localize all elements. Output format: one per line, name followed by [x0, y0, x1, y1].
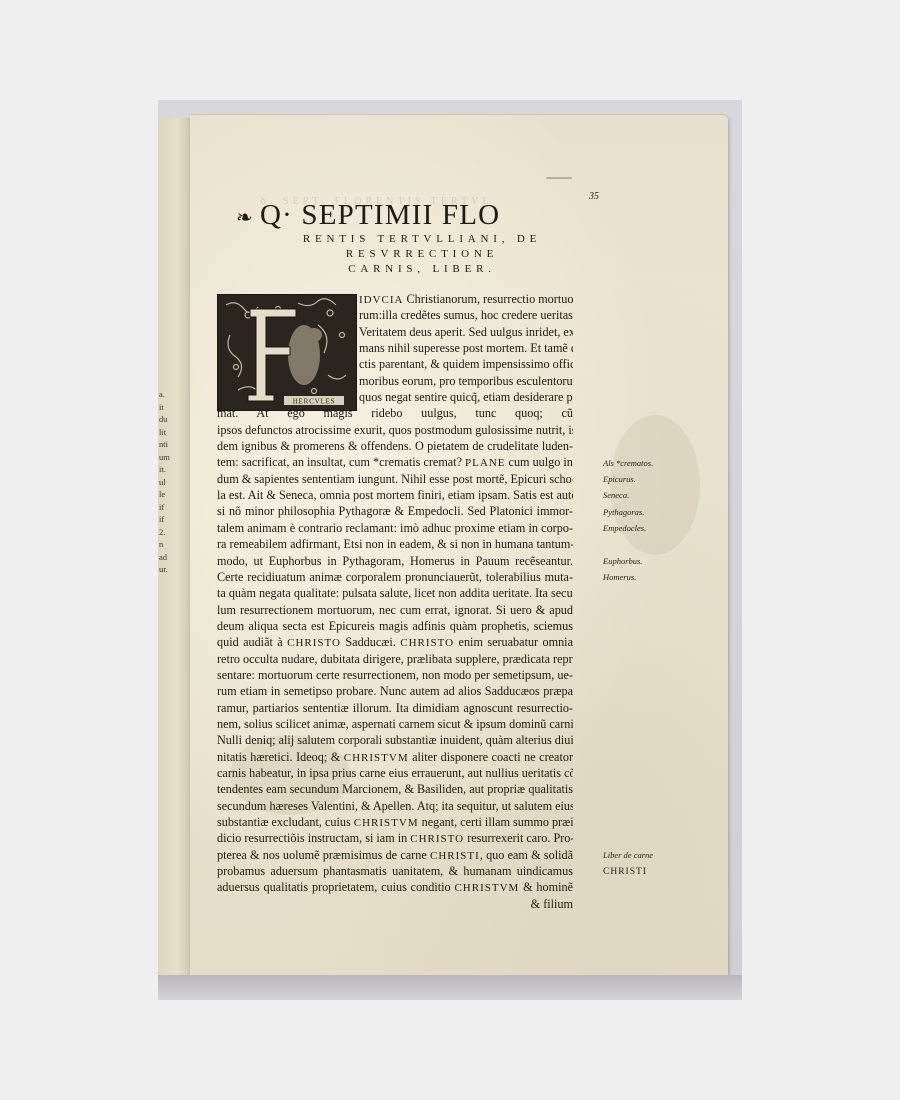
text-run: ctis parentant, & quidem impensissimo of…	[359, 357, 573, 371]
text-line: ipsos defunctos atrocissime exurit, quos…	[217, 422, 573, 438]
text-run: & filium	[531, 897, 573, 911]
text-run: sentare: mortuorum certe resurrectionem,…	[217, 668, 573, 682]
text-run: Certe recidiuatum animæ corporalem pronu…	[217, 570, 573, 584]
text-run: Veritatem deus aperit. Sed uulgus inride…	[359, 325, 573, 339]
text-run: pterea & nos uolumẽ præmisimus de carne	[217, 848, 430, 862]
text-line: Certe recidiuatum animæ corporalem pronu…	[217, 569, 573, 585]
paper-stain	[610, 415, 700, 555]
text-line: talem animam è contrario reclamant: imò …	[217, 520, 573, 536]
text-line: retro occulta nudare, dubitata dirigere,…	[217, 651, 573, 667]
text-line: quid audiãt à CHRISTO Sadducæi. CHRISTO …	[217, 634, 573, 650]
text-line: substantiæ excludant, cuius CHRISTVM neg…	[217, 814, 573, 830]
text-run: resurrexerit caro. Pro-	[464, 831, 573, 845]
small-caps-word: CHRISTO	[410, 833, 464, 845]
chapter-title: ❧Q· SEPTIMII FLO RENTIS TERTVLLIANI, DE …	[236, 199, 596, 277]
text-line: probamus aduersum phantasmatis uanitatem…	[217, 863, 573, 879]
text-run: lum resurrectionem mortuorum, nec cum er…	[217, 603, 573, 617]
text-line: tendentes eam secundum Marcionem, & Basi…	[217, 781, 573, 797]
title-line-1: ❧Q· SEPTIMII FLO	[236, 199, 596, 232]
verso-edge-text: a. it du lit nti um it. ul le if if 2. n…	[159, 388, 173, 576]
margin-note-text: Seneca.	[603, 490, 629, 500]
margin-note: Pythagoras.	[603, 507, 644, 518]
title-line-3: RESVRRECTIONE	[242, 247, 602, 262]
margin-note: Als *crematos.	[603, 458, 653, 469]
margin-note: Liber de carne	[603, 850, 653, 861]
text-run: rum etiam in semetipso probare. Nunc aut…	[217, 684, 573, 698]
text-run: tem: sacrificat, an insultat, cum *crema…	[217, 455, 465, 469]
text-line: nem, solius scilicet animæ, aspernati ca…	[217, 716, 573, 732]
margin-note: CHRISTI	[603, 866, 647, 878]
text-run: nem, solius scilicet animæ, aspernati ca…	[217, 717, 573, 731]
ink-mark	[546, 177, 572, 179]
margin-note: Homerus.	[603, 572, 636, 583]
woodcut-initial: HERCVLES	[217, 294, 357, 411]
text-run: quos negat sentire quicq̃, etiam desider…	[359, 390, 573, 404]
text-line: dicio resurrectiõis instructam, si iam i…	[217, 830, 573, 846]
text-line: aduersus qualitatis proprietatem, cuius …	[217, 879, 573, 895]
text-run: dem ignibus & promerens & offendens. O p…	[217, 439, 573, 453]
text-line: ramur, partiarios sententiæ illorum. Ita…	[217, 700, 573, 716]
text-run: nitatis hæretici. Ideoq; &	[217, 750, 344, 764]
text-run: mans nihil superesse post mortem. Et tam…	[359, 341, 573, 355]
text-line: modo, ut Euphorbus in Pythagoram, Homeru…	[217, 553, 573, 569]
text-run: enim seruabatur omnia	[454, 635, 573, 649]
text-line: carnis habeatur, in ipsa prius carne eiu…	[217, 765, 573, 781]
text-run: rum:illa credẽtes sumus, hoc credere uer…	[359, 308, 573, 322]
text-line: deum aliqua secta est Epicureis magis ad…	[217, 618, 573, 634]
text-run: retro occulta nudare, dubitata dirigere,…	[217, 652, 573, 666]
recto-page: ꝺ. SEPT. FLORENTIS TERTVL 35 ❧Q· SEPTIMI…	[190, 114, 728, 981]
verso-page-edge: a. it du lit nti um it. ul le if if 2. n…	[158, 118, 191, 1000]
small-caps-word: CHRISTVM	[354, 817, 419, 829]
margin-note-text: Liber de carne	[603, 850, 653, 860]
text-run: negant, certi illam summo præiu	[419, 815, 573, 829]
text-run: ipsos defunctos atrocissime exurit, quos…	[217, 423, 573, 437]
text-run: & hominẽ	[519, 880, 573, 894]
margin-note-text: Empedocles.	[603, 523, 646, 533]
text-run: cum uulgo inter-	[506, 455, 574, 469]
text-line: ta quàm negata qualitate: pulsata salute…	[217, 585, 573, 601]
text-run: la est. Ait & Seneca, omnia post mortem …	[217, 488, 573, 502]
book-shadow	[158, 975, 742, 1000]
text-run: ta quàm negata qualitate: pulsata salute…	[217, 586, 573, 600]
text-line: si nõ minor philosophia Pythagoræ & Empe…	[217, 503, 573, 519]
text-line: rum etiam in semetipso probare. Nunc aut…	[217, 683, 573, 699]
text-run: quid audiãt à	[217, 635, 287, 649]
body-text: HERCVLES Als *crematos.Epicurus.Seneca.P…	[217, 291, 573, 912]
margin-note: Empedocles.	[603, 523, 646, 534]
text-line: pterea & nos uolumẽ præmisimus de carne …	[217, 847, 573, 863]
margin-note: Euphorbus.	[603, 556, 642, 567]
margin-note-text: Als *crematos.	[603, 458, 653, 468]
margin-note-text: Euphorbus.	[603, 556, 642, 566]
margin-note: Seneca.	[603, 490, 629, 501]
text-run: moribus eorum, pro temporibus esculentor…	[359, 374, 573, 388]
text-run: tendentes eam secundum Marcionem, & Basi…	[217, 782, 573, 796]
margin-note-text: Epicurus.	[603, 474, 636, 484]
text-line: ra remeabilem adfirmant, Etsi non in ead…	[217, 536, 573, 552]
small-caps-word: CHRISTO	[400, 637, 454, 649]
margin-note-text: Homerus.	[603, 572, 636, 582]
text-line: & filium	[217, 896, 573, 912]
small-caps-word: IDVCIA	[359, 294, 404, 306]
text-run: dum & sapientes sententiam iungunt. Nihi…	[217, 472, 573, 486]
text-run: Nulli deniq; alij salutem corporali subs…	[217, 733, 573, 747]
text-line: lum resurrectionem mortuorum, nec cum er…	[217, 602, 573, 618]
text-run: Sadducæi.	[341, 635, 400, 649]
text-line: dem ignibus & promerens & offendens. O p…	[217, 438, 573, 454]
text-run: talem animam è contrario reclamant: imò …	[217, 521, 573, 535]
text-run: modo, ut Euphorbus in Pythagoram, Homeru…	[217, 554, 573, 568]
fleuron-icon: ❧	[236, 207, 254, 229]
text-run: dicio resurrectiõis instructam, si iam i…	[217, 831, 410, 845]
small-caps-word: PLANE	[465, 457, 505, 469]
text-run: carnis habeatur, in ipsa prius carne eiu…	[217, 766, 573, 780]
text-run: substantiæ excludant, cuius	[217, 815, 354, 829]
text-line: Nulli deniq; alij salutem corporali subs…	[217, 732, 573, 748]
margin-note: Epicurus.	[603, 474, 636, 485]
book-photograph: a. it du lit nti um it. ul le if if 2. n…	[158, 100, 742, 1000]
small-caps-word: CHRISTO	[287, 637, 341, 649]
text-line: nitatis hæretici. Ideoq; & CHRISTVM alit…	[217, 749, 573, 765]
text-line: la est. Ait & Seneca, omnia post mortem …	[217, 487, 573, 503]
text-run: deum aliqua secta est Epicureis magis ad…	[217, 619, 573, 633]
text-run: aduersus qualitatis proprietatem, cuius …	[217, 880, 454, 894]
text-run: ra remeabilem adfirmant, Etsi non in ead…	[217, 537, 573, 551]
text-line: tem: sacrificat, an insultat, cum *crema…	[217, 454, 573, 470]
text-run: probamus aduersum phantasmatis uanitatem…	[217, 864, 573, 878]
text-run: ramur, partiarios sententiæ illorum. Ita…	[217, 701, 573, 715]
svg-text:HERCVLES: HERCVLES	[293, 398, 336, 406]
title-line-2: RENTIS TERTVLLIANI, DE	[242, 232, 602, 247]
text-run: aliter disponere coacti ne creator	[409, 750, 573, 764]
small-caps-word: CHRISTVM	[454, 882, 519, 894]
woodcut-initial-f-icon: HERCVLES	[218, 295, 356, 410]
margin-note-text: CHRISTI	[603, 867, 647, 877]
text-run: Christianorum, resurrectio mortuo	[404, 292, 574, 306]
text-run: si nõ minor philosophia Pythagoræ & Empe…	[217, 504, 573, 518]
text-line: sentare: mortuorum certe resurrectionem,…	[217, 667, 573, 683]
title-line-4: CARNIS, LIBER.	[242, 262, 602, 277]
margin-note-text: Pythagoras.	[603, 507, 644, 517]
text-run: secundum hæreses Valentini, & Apellen. A…	[217, 799, 573, 813]
text-line: dum & sapientes sententiam iungunt. Nihi…	[217, 471, 573, 487]
small-caps-word: CHRISTVM	[344, 752, 409, 764]
text-run: , quo eam & solidã	[480, 848, 573, 862]
small-caps-word: CHRISTI	[430, 850, 480, 862]
text-line: secundum hæreses Valentini, & Apellen. A…	[217, 798, 573, 814]
